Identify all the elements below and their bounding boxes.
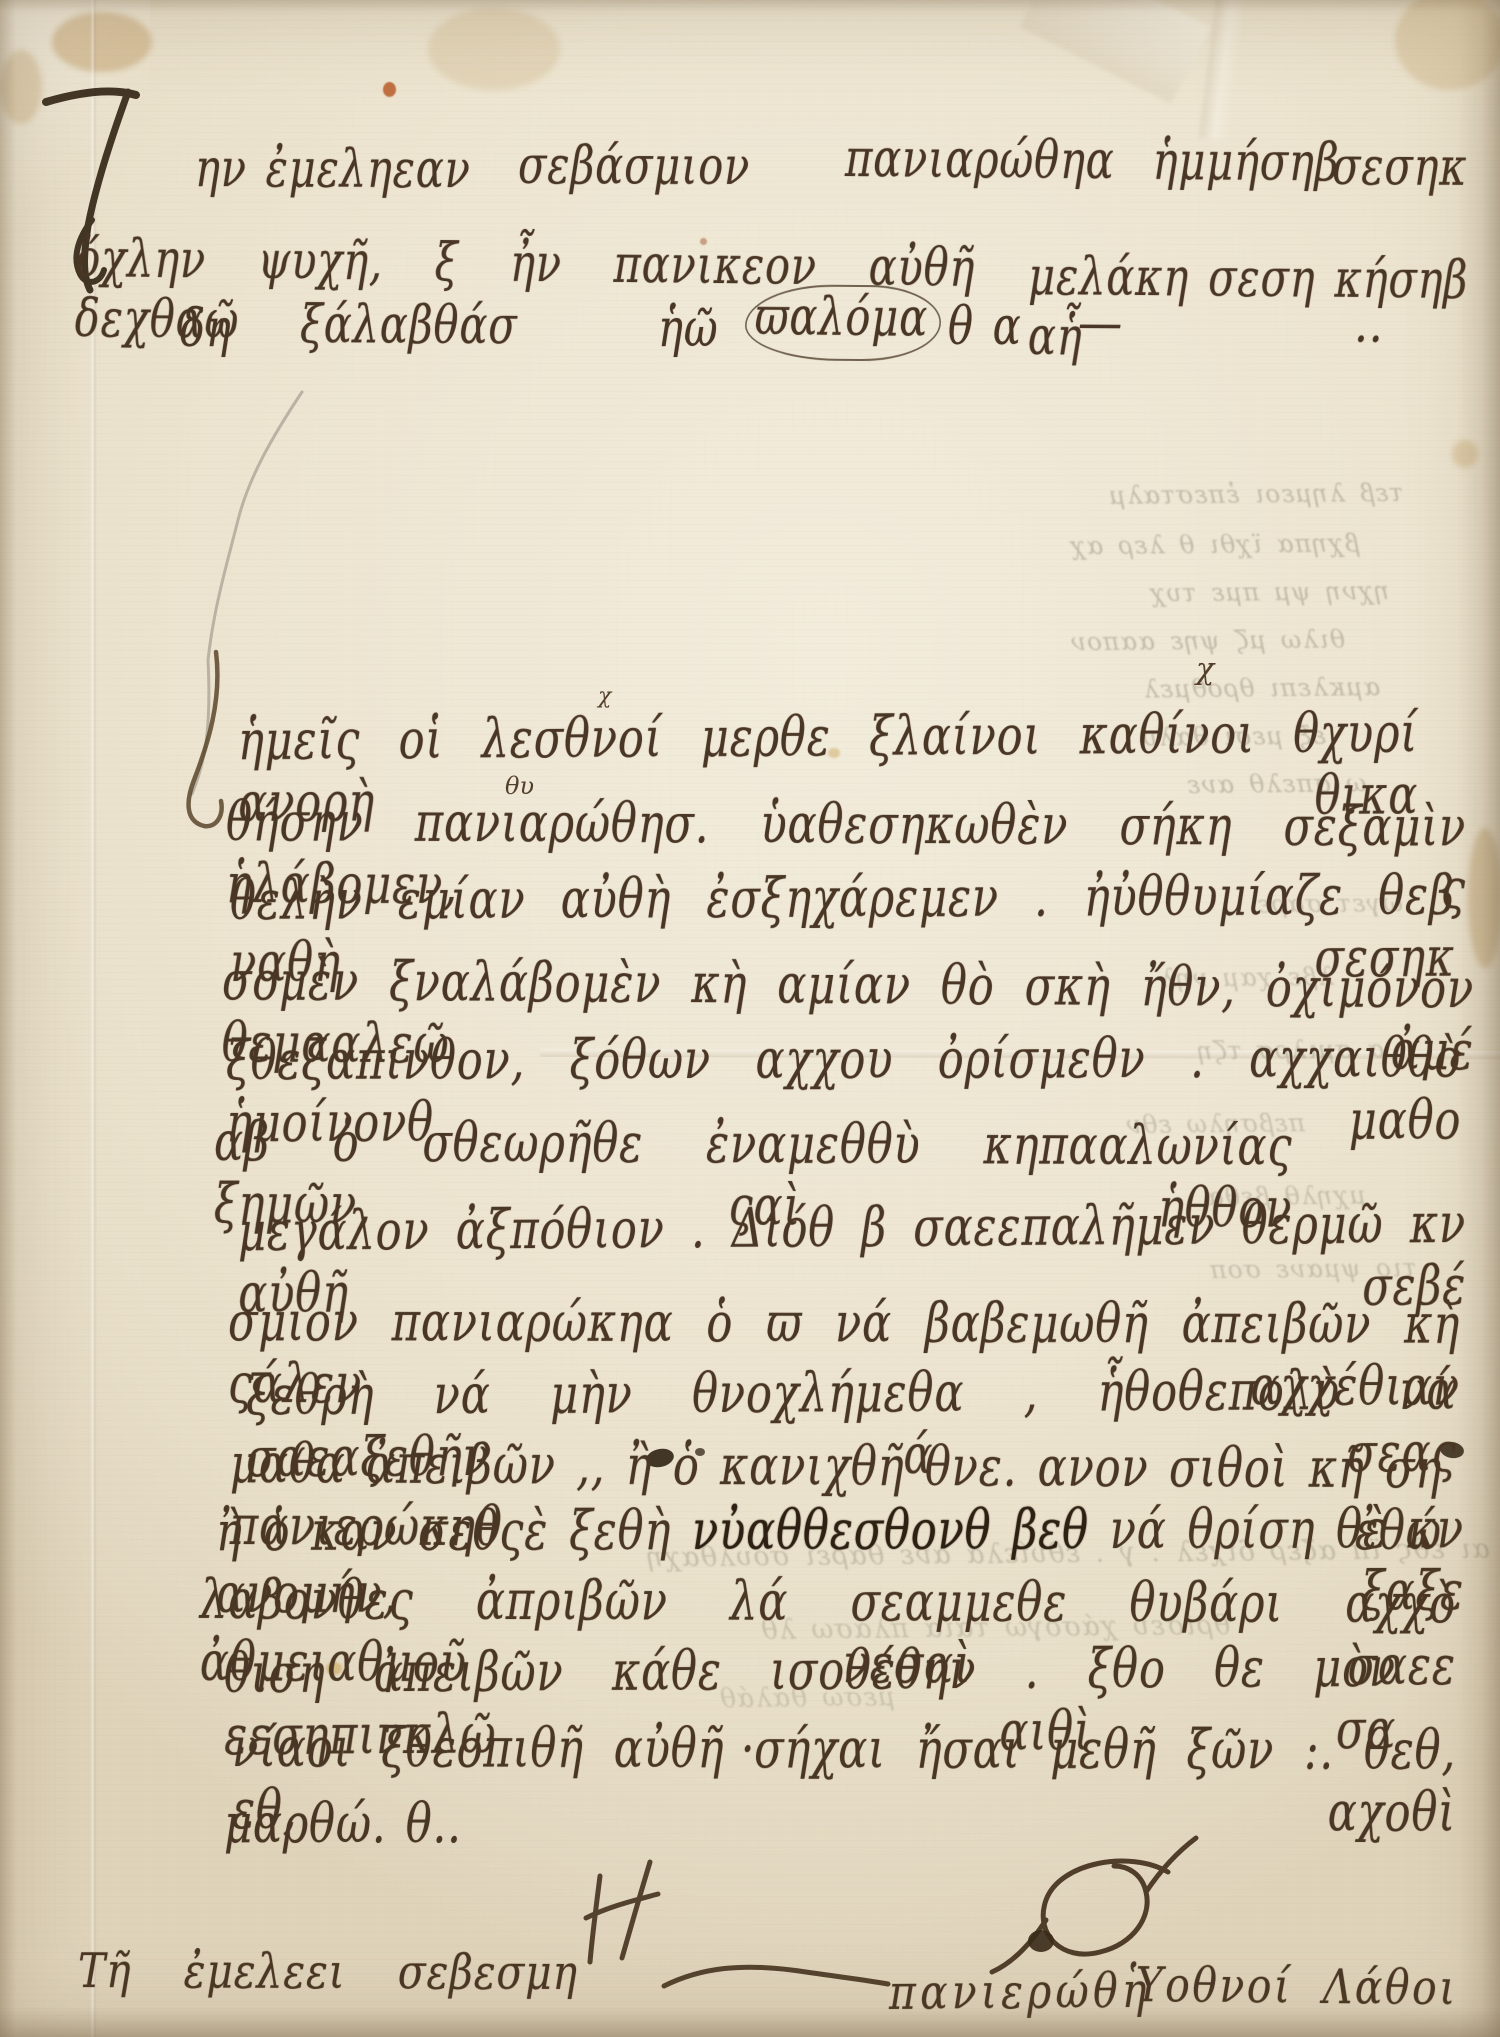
closing-dash-flourish — [664, 1967, 888, 1986]
closing-title: πανιερώθη — [889, 1964, 1151, 2021]
stain — [1468, 828, 1500, 968]
closing-salutation: Τῆ ἐμελεει σεβεσμη — [78, 1944, 578, 2001]
body-line-last: μαρθώ. θ.. — [224, 1793, 462, 1865]
body-line: θιση ἀπειβῶν κάθε ισοθέθην . ξθο θε μὸν … — [224, 1637, 1396, 1715]
body-line: θελὴν εμίαν αὐθὴ ἐσξηχάρεμεν . ἠὐθθυμίαζ… — [230, 865, 1455, 942]
body-line-segment-bold: νὐαθθεσθονθ βεθ — [692, 1498, 1089, 1562]
header-line3-word: ἡῶ — [658, 300, 718, 360]
body-line: νίαοι ξθεοπιθῆ αὐθῆ σήχαι ἤσαι μεθῆ ξῶν … — [232, 1717, 1456, 1792]
body-line: λαβονθες ἀπριβῶν λά σεαμμεθε θυβάρι αχχὸ… — [200, 1569, 1456, 1645]
body-line: ξεθρὴ νά μὴν θνοχλήμεθα , ἧθοθεπολὺ νά σ… — [246, 1360, 1457, 1437]
page-edge-shading — [0, 0, 16, 2037]
verso-line: θιλω μζ ψηε ααπον — [985, 626, 1345, 678]
body-line: αβ ὁ σθεωρῆθε ἐναμεθθὺ κηπααλωνίας ξημῶν… — [214, 1111, 1293, 1188]
stain — [52, 12, 152, 72]
top-fold-crease — [1020, 0, 1211, 104]
abbreviation-mark: χ — [598, 684, 611, 709]
header-line3-word: δη — [180, 300, 232, 360]
header-line3-word: ξάλαβθάσ — [300, 296, 518, 357]
body-line: σμιον πανιαρώκηα ὁ ϖ νά βαβεμωθῆ ἀπειβῶν… — [228, 1291, 1460, 1366]
body-line: σομὲν ξναλάβομὲν κὴ αμίαν θὸ σκὴ ἤθν, ὀχ… — [222, 950, 1474, 1030]
verso-line: τεβ λημεοι ἐπεσταλμ — [983, 480, 1404, 534]
body-line: θήσην πανιαρώθησ. ὑαθεσηκωθὲν σήκη σεξαμ… — [226, 791, 1466, 868]
header-line1-word-group: σεσηκ — [1332, 138, 1468, 199]
body-line: μεγάλον ἀξπόθιον . Διόθ β σαεεπαλῆμεν θε… — [238, 1193, 1466, 1273]
header-line1-word-group: πανιαρώθηα ἡμμήσηβ — [845, 130, 1340, 194]
stain — [1452, 440, 1478, 468]
header-line1-word-group: σεβάσμιον — [518, 137, 750, 198]
abbreviation-mark: χ — [1196, 652, 1214, 687]
letter-page: τεβ λημεοι ἐπεσταλμ βχηπα ϊχθι θ λερ αχ … — [0, 0, 1500, 2037]
header-line3-dashes: — ‥ — [1078, 294, 1384, 356]
body-line: ξθεξαπινθον, ξόθων αχχου ὀρίσμεθν . αχχα… — [226, 1027, 1461, 1102]
body-line-segment: ἢ ὁ καν σεθςὲ ξεθὴ — [216, 1499, 671, 1563]
stain — [1395, 0, 1500, 90]
stain — [0, 50, 42, 124]
rust-speck — [383, 82, 396, 97]
page-edge-shading — [0, 0, 1500, 12]
margin-ink-flourish — [189, 652, 222, 826]
signature-flourish-left — [586, 1862, 658, 1962]
body-line: ἡμεῖς οἱ λεσθνοί μερθε ξλαίνοι καθίνοι θ… — [238, 702, 1418, 782]
body-line: ἢ ὁ καν σεθςὲ ξεθὴ νὐαθθεσθονθ βεθ νά θρ… — [216, 1498, 1464, 1573]
ink-blob — [1028, 1930, 1054, 1952]
top-fold-crease — [1199, 0, 1247, 141]
header-line3-word: θ α — [948, 298, 1022, 358]
signature-flourish-theta — [992, 1838, 1196, 1972]
stain — [428, 8, 560, 90]
header-line1-word-group: ην ἐμεληεαν — [195, 140, 471, 201]
header-line3-circled-word: ϖαλόμα — [745, 284, 941, 362]
verso-line: βχηπα ϊχθι θ λερ αχ — [984, 530, 1359, 582]
corner-fold-highlight — [0, 0, 150, 230]
closing-signature: Ὑοθνοί Λάθοι — [1128, 1958, 1458, 2017]
verso-line: ηχνη ψμ πμε τυχ — [984, 578, 1389, 630]
